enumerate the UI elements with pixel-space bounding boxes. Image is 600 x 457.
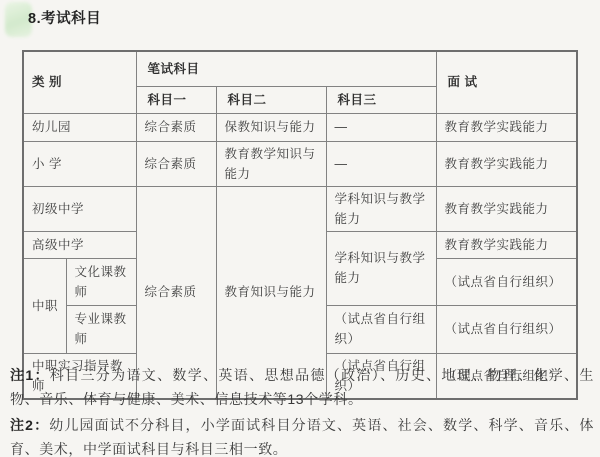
header-category: 类 别: [23, 51, 136, 113]
note-1-text: 科目三分为语文、数学、英语、思想品德（政治）、历史、地理、物理、化学、生物、音乐…: [10, 367, 594, 407]
row-junior-label: 初级中学: [23, 186, 136, 231]
notes-section: 注1：科目三分为语文、数学、英语、思想品德（政治）、历史、地理、物理、化学、生物…: [10, 364, 594, 457]
kindergarten-subject3: —: [326, 113, 436, 141]
junior-subject3: 学科知识与教学能力: [326, 186, 436, 231]
senior-culture-subject3: 学科知识与教学能力: [326, 231, 436, 305]
note-2: 注2：幼儿园面试不分科目，小学面试科目分语文、英语、社会、数学、科学、音乐、体育…: [10, 414, 594, 457]
primary-subject3: —: [326, 141, 436, 186]
primary-subject2: 教育教学知识与能力: [216, 141, 326, 186]
kindergarten-subject2: 保教知识与能力: [216, 113, 326, 141]
note-1: 注1：科目三分为语文、数学、英语、思想品德（政治）、历史、地理、物理、化学、生物…: [10, 364, 594, 411]
document-page: 8.考试科目 类 别 笔试科目 面 试 科目一 科目二 科目三 幼儿园 综合素: [0, 0, 600, 457]
primary-interview: 教育教学实践能力: [436, 141, 577, 186]
row-vocational-label: 中职: [23, 258, 66, 353]
primary-subject1: 综合素质: [136, 141, 216, 186]
page-title: 8.考试科目: [28, 7, 101, 28]
header-subject1: 科目一: [136, 86, 216, 113]
senior-interview: 教育教学实践能力: [436, 231, 577, 258]
row-vocational-professional-label: 专业课教师: [66, 305, 136, 353]
vocational-culture-interview: （试点省自行组织）: [436, 258, 577, 305]
vocational-professional-interview: （试点省自行组织）: [436, 305, 577, 353]
header-subject2: 科目二: [216, 86, 326, 113]
row-primary-label: 小 学: [23, 141, 136, 186]
note-1-label: 注1：: [10, 367, 50, 383]
row-senior-label: 高级中学: [23, 231, 136, 258]
note-2-label: 注2：: [10, 417, 49, 433]
header-interview: 面 试: [436, 51, 577, 113]
exam-subjects-table: 类 别 笔试科目 面 试 科目一 科目二 科目三 幼儿园 综合素质 保教知识与能…: [22, 50, 578, 400]
kindergarten-subject1: 综合素质: [136, 113, 216, 141]
vocational-professional-subject3: （试点省自行组织）: [326, 305, 436, 353]
note-2-text: 幼儿园面试不分科目，小学面试科目分语文、英语、社会、数学、科学、音乐、体育、美术…: [10, 417, 594, 457]
kindergarten-interview: 教育教学实践能力: [436, 113, 577, 141]
header-written-subjects: 笔试科目: [136, 51, 436, 86]
row-vocational-culture-label: 文化课教师: [66, 258, 136, 305]
header-subject3: 科目三: [326, 86, 436, 113]
row-kindergarten-label: 幼儿园: [23, 113, 136, 141]
junior-interview: 教育教学实践能力: [436, 186, 577, 231]
